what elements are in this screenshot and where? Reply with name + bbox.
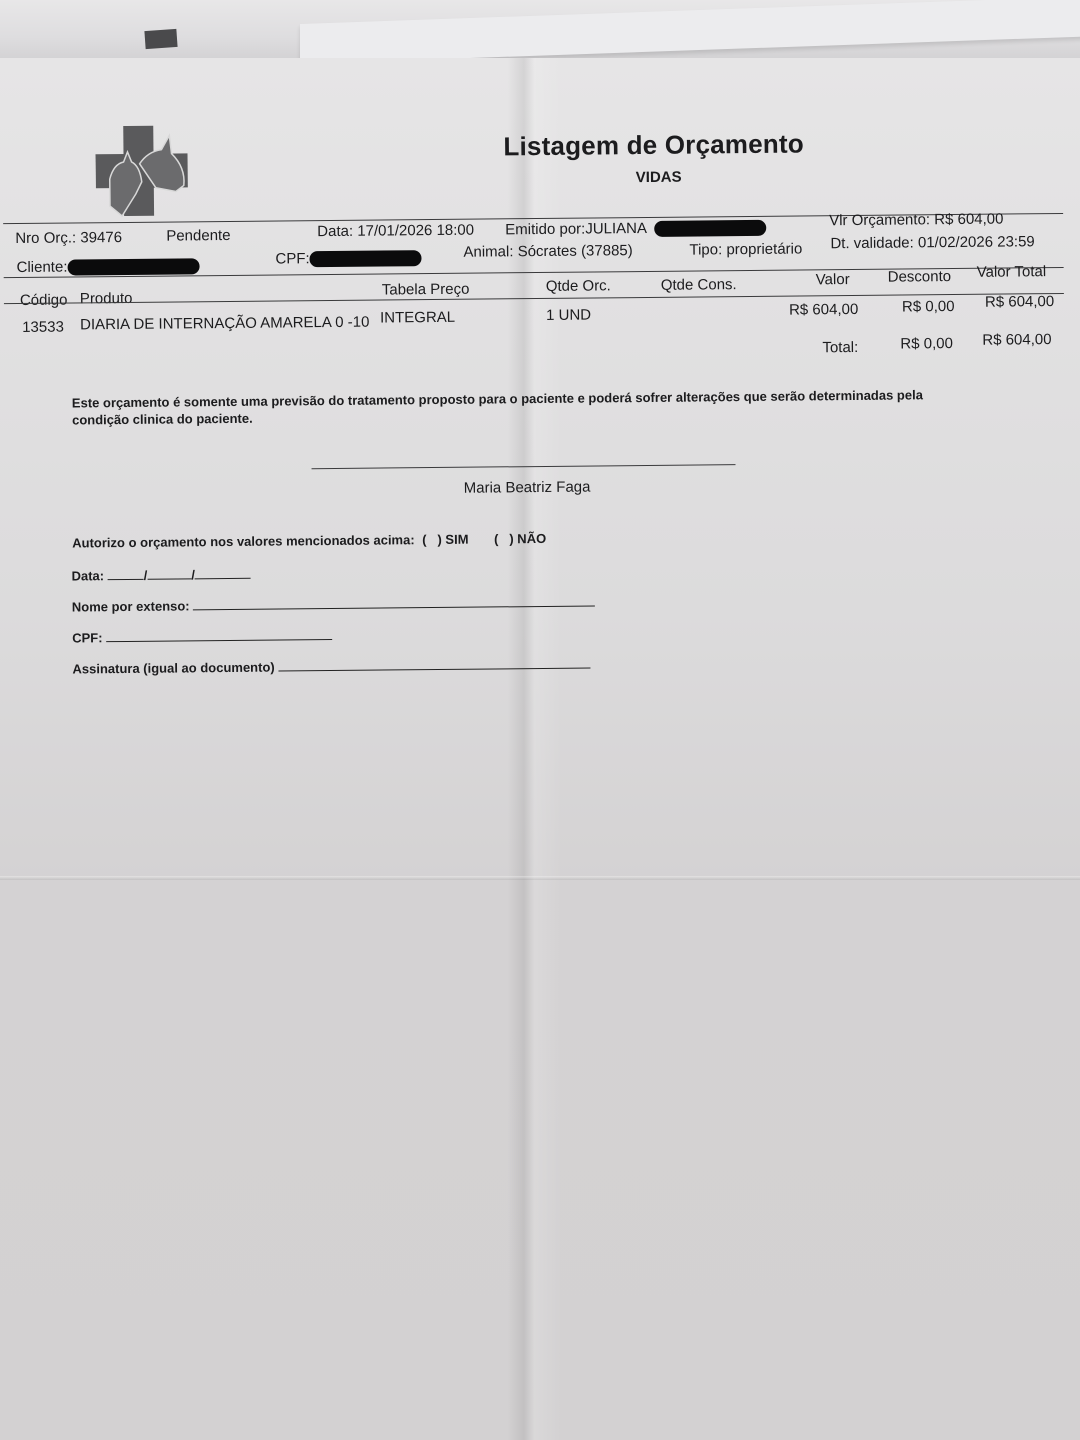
date-year-blank[interactable] (195, 566, 251, 580)
budget-date: Data: 17/01/2026 18:00 (317, 222, 474, 241)
budget-value-label: Vlr Orçamento: (829, 211, 930, 229)
type-value: proprietário (726, 240, 802, 258)
row-tabela-preco: INTEGRAL (380, 309, 455, 327)
row-desconto: R$ 0,00 (902, 298, 955, 316)
issued-by-label: Emitido por: (505, 221, 585, 239)
owner-type: Tipo: proprietário (689, 240, 802, 258)
disclaimer-line-2: condição clinica do paciente. (72, 411, 253, 428)
redacted-cpf (310, 250, 422, 267)
no-option-label: ) NÃO (509, 531, 546, 546)
full-name-field[interactable]: Nome por extenso: (72, 593, 596, 614)
authorization-question: Autorizo o orçamento nos valores mencion… (72, 531, 546, 551)
client-label: Cliente: (17, 259, 68, 276)
yes-checkbox[interactable]: ( ) SIM (422, 532, 468, 547)
document-title: Listagem de Orçamento (503, 128, 804, 162)
total-value: R$ 604,00 (982, 331, 1051, 349)
budget-number-value: 39476 (80, 229, 122, 246)
redacted-client-name (67, 258, 199, 275)
col-codigo: Código (20, 292, 68, 309)
issued-by-value: JULIANA (585, 220, 646, 238)
status-badge: Pendente (166, 227, 230, 245)
signature-label: Assinatura (igual ao documento) (72, 660, 274, 677)
redacted-surname (654, 220, 766, 237)
budget-number: Nro Orç.: 39476 (15, 229, 122, 247)
animal-label: Animal: (463, 243, 513, 260)
col-tabela-preco: Tabela Preço (382, 281, 470, 299)
date-month-blank[interactable] (147, 566, 191, 579)
signatory-name: Maria Beatriz Faga (464, 479, 591, 497)
authorization-label: Autorizo o orçamento nos valores mencion… (72, 532, 415, 550)
row-valor-total: R$ 604,00 (985, 293, 1054, 311)
date-value: 17/01/2026 18:00 (357, 222, 474, 240)
paper-fold (0, 876, 1080, 880)
date-label: Data: (317, 223, 353, 240)
yes-paren: ( (422, 532, 426, 547)
budget-value-amount: R$ 604,00 (934, 211, 1003, 229)
validity-date: Dt. validade: 01/02/2026 23:59 (830, 233, 1034, 252)
background-paper-stack (0, 0, 1080, 62)
signature-blank[interactable] (278, 656, 590, 672)
budget-number-label: Nro Orç.: (15, 229, 76, 247)
row-codigo: 13533 (22, 319, 64, 336)
auth-cpf-blank[interactable] (106, 627, 332, 642)
signature-line (312, 464, 736, 469)
col-desconto: Desconto (888, 268, 952, 286)
total-discount: R$ 0,00 (900, 335, 953, 353)
cpf-label: CPF: (275, 250, 309, 267)
validity-value: 01/02/2026 23:59 (918, 233, 1035, 251)
animal: Animal: Sócrates (37885) (463, 242, 632, 261)
yes-option-label: ) SIM (437, 532, 468, 547)
signature-field[interactable]: Assinatura (igual ao documento) (72, 656, 590, 677)
budget-document: Listagem de Orçamento VIDAS Nro Orç.: 39… (0, 58, 1080, 1440)
full-name-blank[interactable] (193, 593, 595, 610)
col-qtde-cons: Qtde Cons. (661, 276, 737, 294)
col-qtde-orc: Qtde Orc. (546, 277, 611, 295)
no-paren: ( (494, 531, 498, 546)
auth-date-label: Data: (71, 568, 104, 583)
row-valor: R$ 604,00 (789, 301, 858, 319)
clinic-name: VIDAS (636, 169, 682, 186)
row-qtde-orc: 1 UND (546, 307, 591, 324)
type-label: Tipo: (689, 241, 722, 258)
auth-cpf-field[interactable]: CPF: (72, 627, 332, 645)
validity-label: Dt. validade: (830, 234, 914, 252)
no-checkbox[interactable]: ( ) NÃO (494, 531, 546, 546)
disclaimer-line-1: Este orçamento é somente uma previsão do… (72, 387, 923, 410)
col-valor-total: Valor Total (977, 263, 1047, 281)
col-valor: Valor (816, 271, 850, 288)
auth-cpf-label: CPF: (72, 630, 102, 645)
document-content: Listagem de Orçamento VIDAS Nro Orç.: 39… (0, 53, 1080, 863)
full-name-label: Nome por extenso: (72, 598, 190, 614)
background-mark (144, 29, 177, 49)
budget-value: Vlr Orçamento: R$ 604,00 (829, 211, 1003, 230)
client: Cliente: (17, 257, 200, 276)
veterinary-logo-icon (95, 123, 190, 218)
total-label: Total: (822, 339, 858, 356)
client-cpf: CPF: (275, 249, 421, 267)
date-day-blank[interactable] (108, 567, 144, 580)
animal-value: Sócrates (37885) (518, 242, 633, 260)
issued-by: Emitido por:JULIANA (505, 219, 766, 239)
row-produto: DIARIA DE INTERNAÇÃO AMARELA 0 -10 (80, 314, 369, 334)
auth-date-field[interactable]: Data: // (71, 566, 251, 584)
col-produto: Produto (80, 290, 133, 308)
